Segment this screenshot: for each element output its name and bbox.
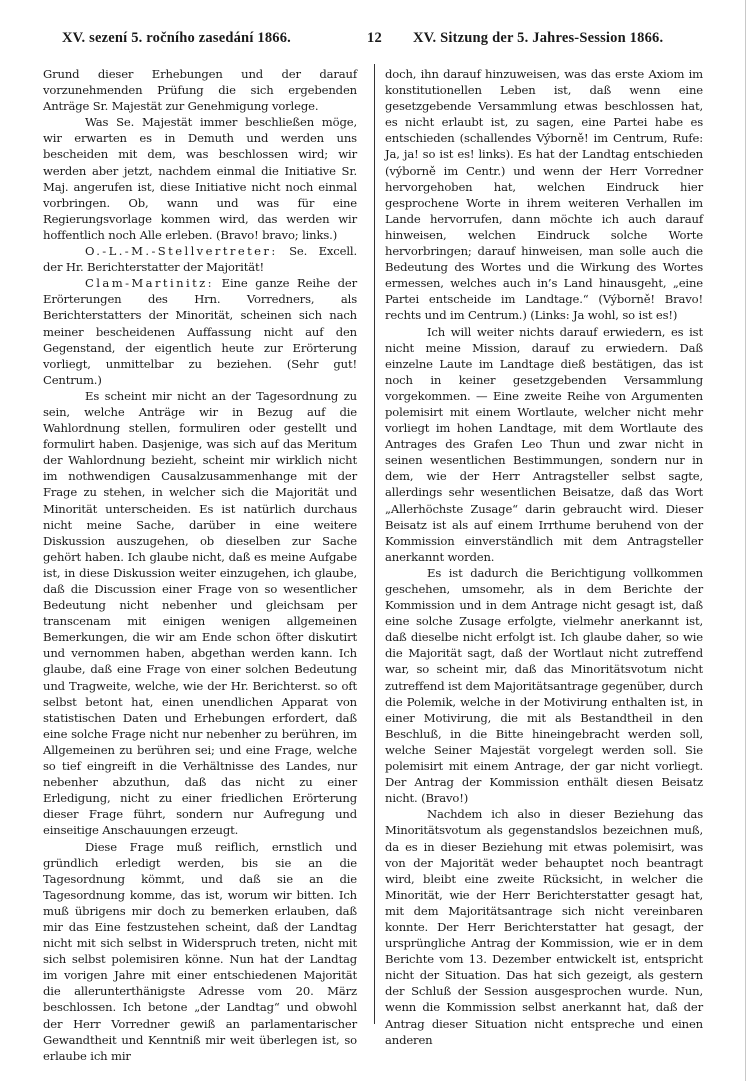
speaker-paragraph: O.-L.-M.-Stellvertreter: Se. Excell. der… [43, 243, 357, 275]
header-czech-title: XV. sezení 5. ročního zasedání 1866. [62, 30, 291, 47]
paragraph: Nachdem ich also in dieser Beziehung das… [385, 806, 703, 1047]
paragraph: Es scheint mir nicht an der Tagesordnung… [43, 388, 357, 839]
page-header: XV. sezení 5. ročního zasedání 1866. 12 … [0, 30, 750, 50]
header-german-title: XV. Sitzung der 5. Jahres-Session 1866. [413, 30, 663, 47]
speaker-paragraph: Clam-Martinitz: Eine ganze Reihe der Erö… [43, 275, 357, 388]
paragraph: Was Se. Majestät immer beschließen möge,… [43, 114, 357, 243]
page-edge-line [745, 0, 746, 1081]
paragraph: Es ist dadurch die Berichtigung vollkomm… [385, 565, 703, 806]
paragraph: Grund dieser Erhebungen und der darauf v… [43, 66, 357, 114]
paragraph: Diese Frage muß reiflich, ernstlich und … [43, 839, 357, 1064]
speech-text: Eine ganze Reihe der Erörterungen des Hr… [43, 276, 357, 387]
speaker-name: Clam-Martinitz: [85, 276, 214, 290]
paragraph: doch, ihn darauf hinzuweisen, was das er… [385, 66, 703, 324]
right-column: doch, ihn darauf hinzuweisen, was das er… [385, 66, 703, 1048]
left-column: Grund dieser Erhebungen und der darauf v… [43, 66, 357, 1064]
column-divider [374, 64, 375, 1024]
paragraph: Ich will weiter nichts darauf erwiedern,… [385, 324, 703, 565]
page-number: 12 [367, 30, 382, 47]
speaker-name: O.-L.-M.-Stellvertreter: [85, 244, 278, 258]
